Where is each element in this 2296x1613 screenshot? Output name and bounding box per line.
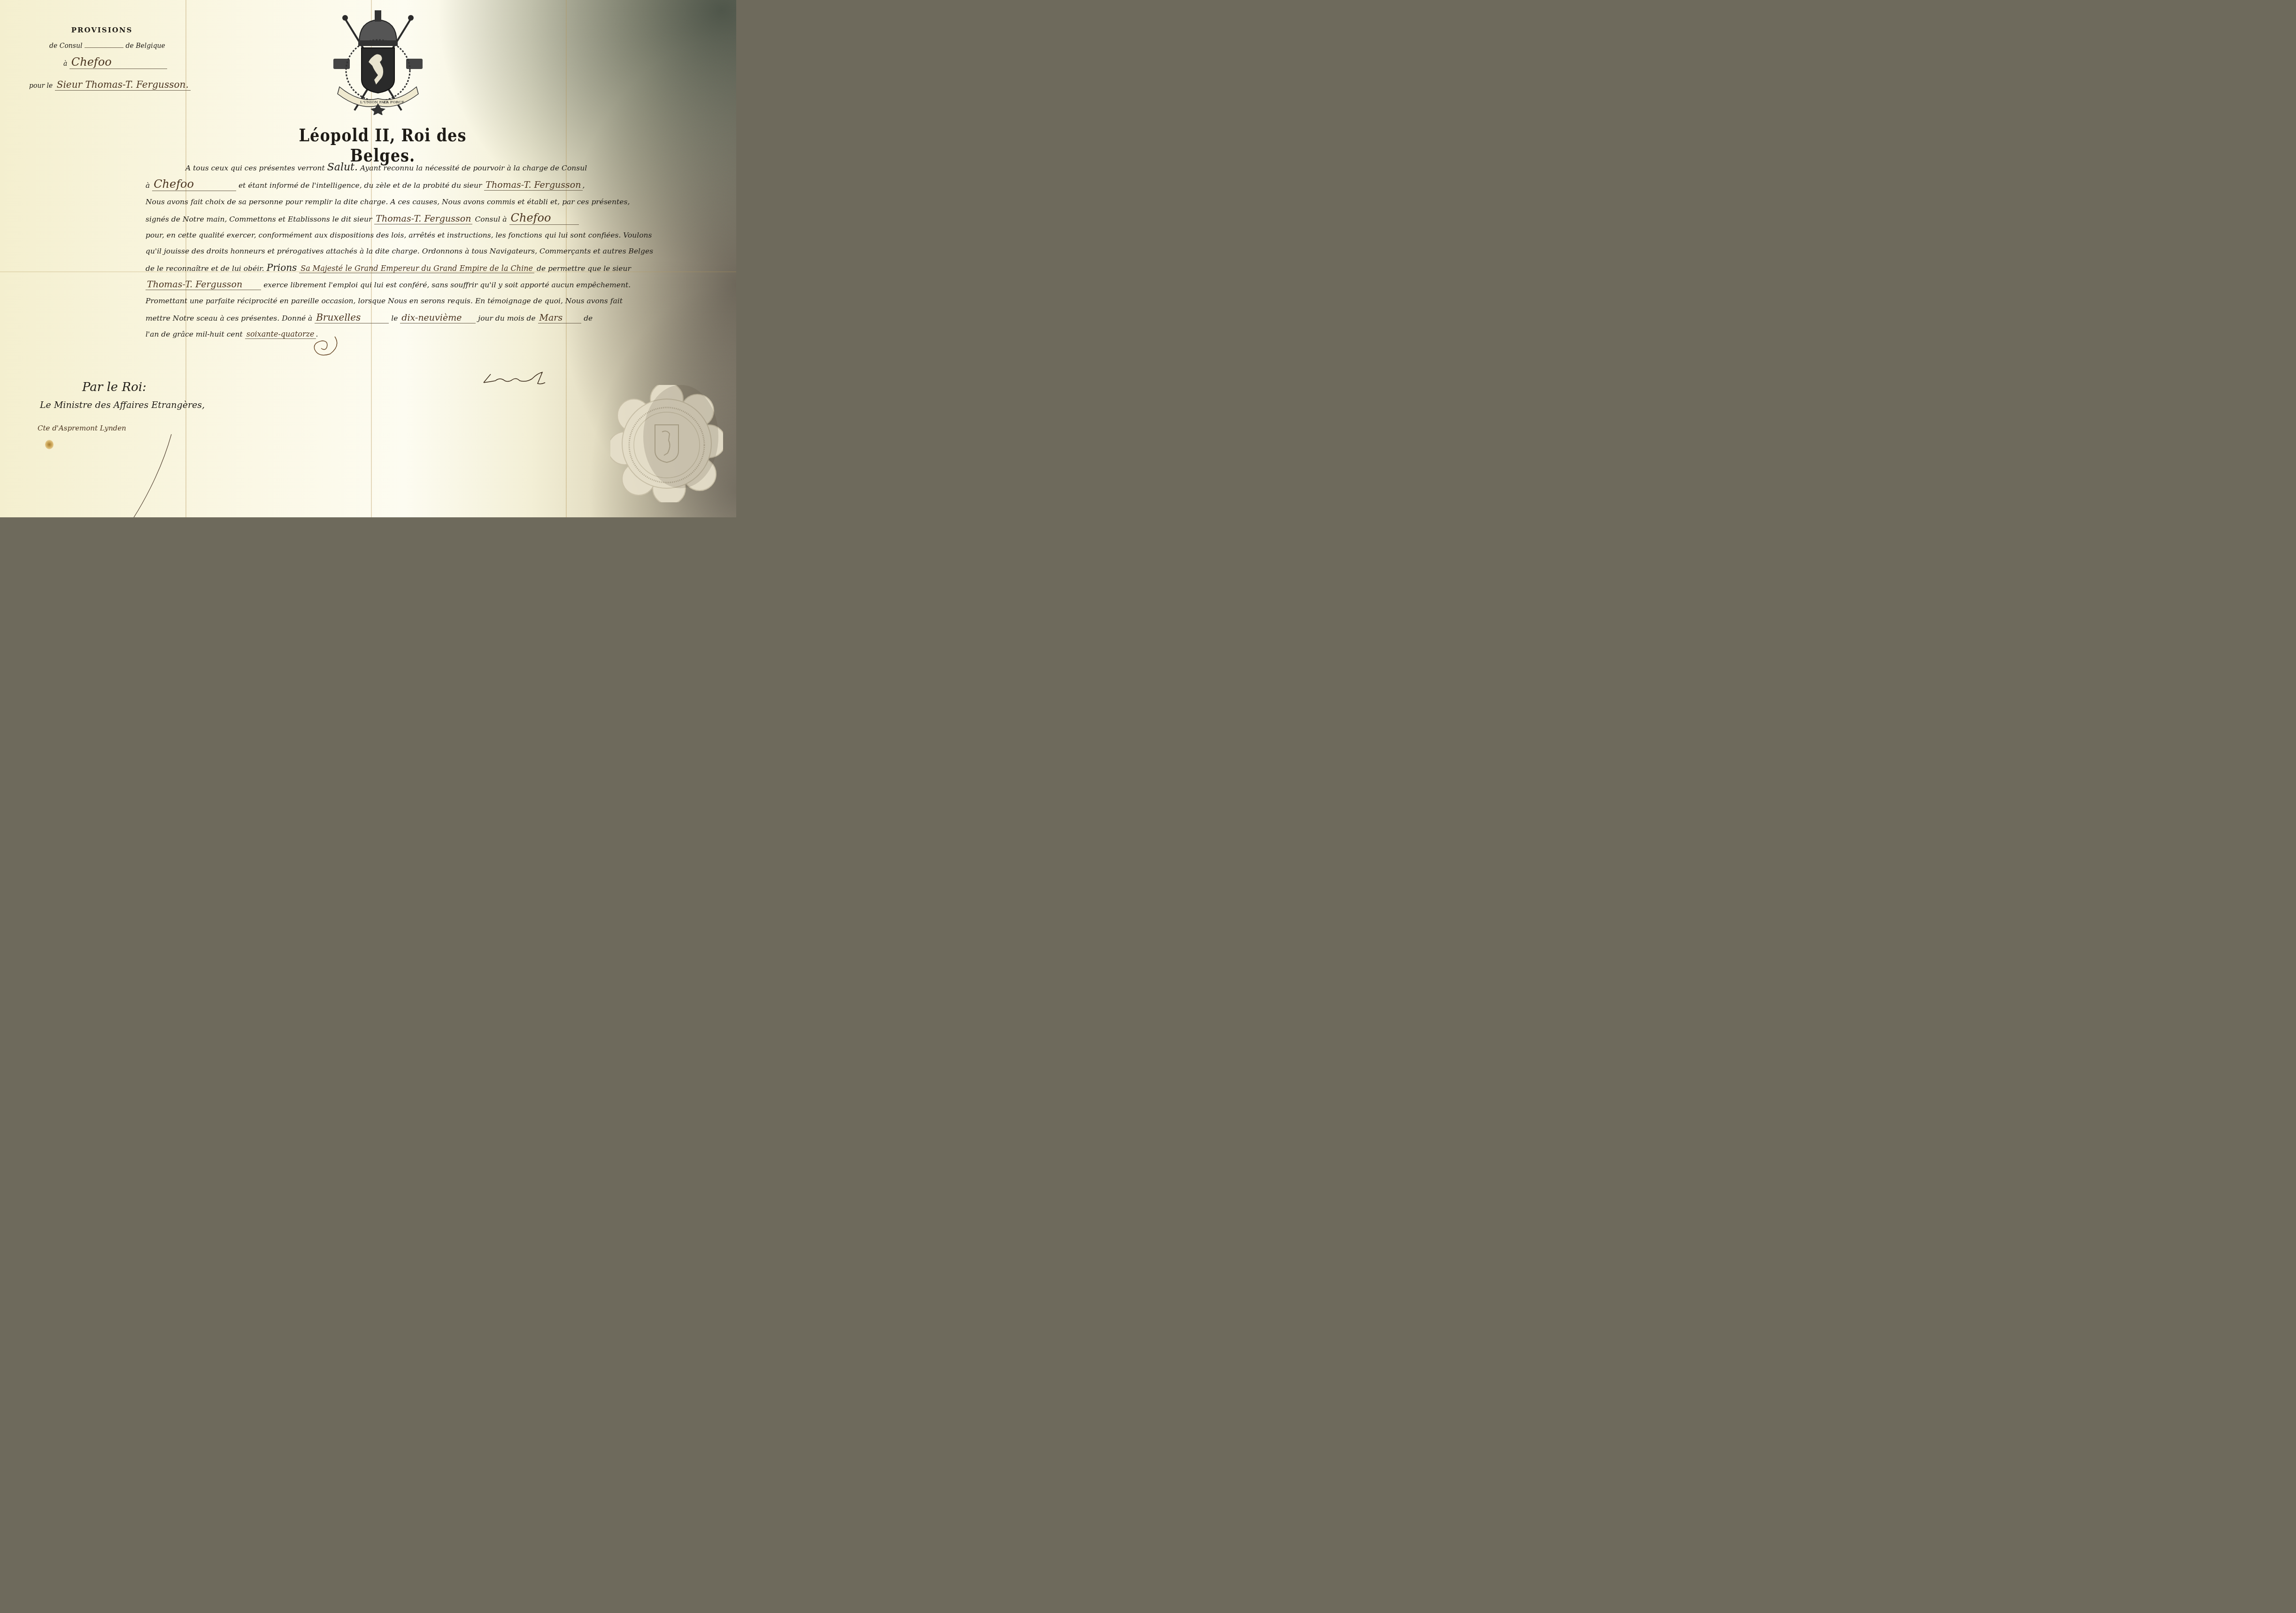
paraph-flourish-icon: [309, 334, 342, 358]
body-line-5: pour, en cette qualité exercer, conformé…: [146, 227, 676, 243]
body-line-1: A tous ceux qui ces présentes verront Sa…: [146, 160, 676, 176]
body-text: jour du mois de: [478, 314, 535, 323]
provisions-line-name: pour le Sieur Thomas-T. Fergusson.: [29, 79, 191, 91]
minister-title: Le Ministre des Affaires Etrangères,: [40, 400, 205, 410]
body-line-4: signés de Notre main, Commettons et Etab…: [146, 210, 676, 227]
body-text: Promettant une parfaite réciprocité en p…: [146, 297, 623, 305]
place-handwritten: Chefoo: [152, 177, 236, 191]
consul-label: de Consul: [49, 42, 83, 50]
body-line-8: Thomas-T. Fergusson exerce librement l'e…: [146, 277, 676, 293]
prions-emphasis: Prions: [267, 262, 297, 273]
a-label: à: [63, 60, 67, 68]
body-text: qu'il jouisse des droits honneurs et pré…: [146, 247, 653, 255]
provisions-line-consul: de Consul de Belgique: [49, 42, 165, 50]
minister-signature: Cte d'Aspremont Lynden: [38, 424, 126, 432]
body-line-2: à Chefoo et étant informé de l'intellige…: [146, 176, 676, 193]
day-handwritten: dix-neuvième: [400, 313, 476, 323]
body-text: Nous avons fait choix de sa personne pou…: [146, 198, 630, 206]
blank-fill: [85, 47, 123, 48]
body-line-11: l'an de grâce mil-huit cent soixante-qua…: [146, 326, 676, 342]
body-text: pour, en cette qualité exercer, conformé…: [146, 231, 652, 239]
embossed-wafer-seal-icon: [610, 385, 723, 502]
body-text: Ayant reconnu la nécessité de pourvoir à…: [360, 164, 587, 172]
provisions-line-place: à Chefoo: [63, 55, 167, 69]
consul-name-handwritten: Sieur Thomas-T. Fergusson.: [55, 79, 191, 91]
body-line-10: mettre Notre sceau à ces présentes. Donn…: [146, 309, 676, 326]
body-line-9: Promettant une parfaite réciprocité en p…: [146, 293, 676, 309]
place-handwritten: Chefoo: [69, 55, 167, 69]
body-text: signés de Notre main, Commettons et Etab…: [146, 215, 372, 223]
body-text: le: [391, 314, 398, 323]
body-line-6: qu'il jouisse des droits honneurs et pré…: [146, 243, 676, 259]
svg-text:LA FORCE: LA FORCE: [384, 100, 404, 104]
place-handwritten: Chefoo: [509, 211, 579, 225]
body-line-3: Nous avons fait choix de sa personne pou…: [146, 194, 676, 210]
body-text: et étant informé de l'intelligence, du z…: [239, 181, 482, 190]
body-line-7: de le reconnaître et de lui obéir. Prion…: [146, 260, 676, 277]
consul-name-handwritten: Thomas-T. Fergusson: [146, 279, 261, 290]
provisions-heading: PROVISIONS: [67, 26, 137, 34]
body-text: l'an de grâce mil-huit cent: [146, 330, 243, 338]
consul-name-handwritten: Thomas-T. Fergusson: [374, 214, 472, 224]
body-text: A tous ceux qui ces présentes verront: [185, 164, 325, 172]
year-handwritten: soixante-quatorze: [245, 330, 316, 339]
minister-signature-stroke-icon: [103, 432, 174, 517]
city-handwritten: Bruxelles: [315, 312, 389, 323]
month-handwritten: Mars: [538, 313, 582, 323]
belgian-coat-of-arms-icon: L'UNION FAIT LA FORCE: [331, 9, 425, 115]
body-text: de le reconnaître et de lui obéir.: [146, 264, 264, 273]
body-text: exerce librement l'emploi qui lui est co…: [263, 281, 631, 289]
consul-name-handwritten: Thomas-T. Fergusson: [484, 180, 582, 191]
body-text: de: [584, 314, 593, 323]
body-text: mettre Notre sceau à ces présentes. Donn…: [146, 314, 312, 323]
salut-emphasis: Salut.: [327, 161, 358, 173]
par-le-roi-label: Par le Roi:: [82, 380, 146, 394]
emperor-handwritten: Sa Majesté le Grand Empereur du Grand Em…: [299, 264, 534, 273]
body-text: Consul à: [475, 215, 507, 223]
body-text: ,: [583, 181, 585, 190]
document-sheet: PROVISIONS de Consul de Belgique à Chefo…: [0, 0, 736, 517]
ink-stain: [45, 440, 54, 449]
body-text: de permettre que le sieur: [537, 264, 631, 273]
commission-body: A tous ceux qui ces présentes verront Sa…: [146, 160, 676, 342]
belgique-label: de Belgique: [125, 42, 165, 50]
pour-le-label: pour le: [29, 82, 53, 90]
body-text: à: [146, 181, 150, 190]
king-signature-icon: Léopold: [481, 369, 547, 387]
